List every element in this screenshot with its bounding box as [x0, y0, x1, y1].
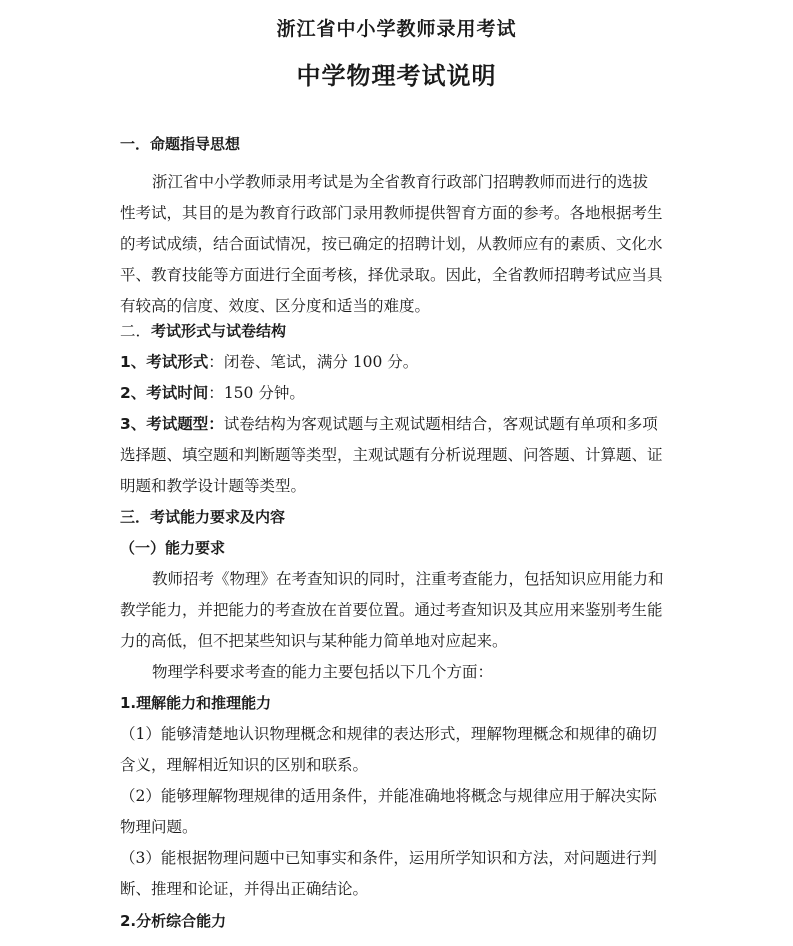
document-page: 浙江省中小学教师录用考试 中学物理考试说明 一．命题指导思想 浙江省中小学教师录…: [0, 0, 793, 946]
paragraph-line: 物理问题。: [120, 817, 680, 837]
document-subtitle: 中学物理考试说明: [0, 56, 793, 91]
item-text: 试卷结构为客观试题与主观试题相结合，客观试题有单项和多项: [224, 415, 658, 433]
section-heading-1: 一．命题指导思想: [120, 134, 680, 154]
paragraph-line: 浙江省中小学教师录用考试是为全省教育行政部门招聘教师而进行的选拔: [120, 172, 712, 192]
section-heading-2: 二．考试形式与试卷结构: [120, 321, 680, 341]
item-label: 1、考试形式: [120, 353, 208, 371]
item-text: 150 分钟。: [224, 384, 305, 402]
paragraph-line: 力的高低，但不把某些知识与某种能力简单地对应起来。: [120, 631, 680, 651]
exam-time-item: 2、考试时间：150 分钟。: [120, 383, 680, 403]
paragraph-line: （3）能根据物理问题中已知事实和条件，运用所学知识和方法，对问题进行判: [120, 848, 680, 868]
paragraph-line: （1）能够清楚地认识物理概念和规律的表达形式，理解物理概念和规律的确切: [120, 724, 680, 744]
paragraph-line: 教学能力，并把能力的考查放在首要位置。通过考查知识及其应用来鉴别考生能: [120, 600, 680, 620]
paragraph-line: 的考试成绩，结合面试情况，按已确定的招聘计划，从教师应有的素质、文化水: [120, 234, 680, 254]
item-label: 3、考试题型：: [120, 415, 224, 433]
paragraph-line: 断、推理和论证，并得出正确结论。: [120, 879, 680, 899]
paragraph-line: 平、教育技能等方面进行全面考核，择优录取。因此，全省教师招聘考试应当具: [120, 265, 680, 285]
paragraph-line: 物理学科要求考查的能力主要包括以下几个方面：: [120, 662, 712, 682]
document-title: 浙江省中小学教师录用考试: [0, 14, 793, 41]
exam-format-item: 1、考试形式：闭卷、笔试，满分 100 分。: [120, 352, 680, 372]
section-heading-3: 三．考试能力要求及内容: [120, 507, 680, 527]
paragraph-line: （2）能够理解物理规律的适用条件，并能准确地将概念与规律应用于解决实际: [120, 786, 680, 806]
heading-prefix: 二．: [120, 322, 151, 340]
ability-heading-1: 1.理解能力和推理能力: [120, 693, 680, 713]
subsection-heading: （一）能力要求: [120, 538, 680, 558]
heading-text: 考试形式与试卷结构: [151, 322, 286, 340]
paragraph-line: 教师招考《物理》在考查知识的同时，注重考查能力，包括知识应用能力和: [120, 569, 712, 589]
paragraph-line: 选择题、填空题和判断题等类型，主观试题有分析说理题、问答题、计算题、证: [120, 445, 680, 465]
paragraph-line: 性考试，其目的是为教育行政部门录用教师提供智育方面的参考。各地根据考生: [120, 203, 680, 223]
item-label: 2、考试时间: [120, 384, 208, 402]
paragraph-line: 明题和教学设计题等类型。: [120, 476, 680, 496]
ability-heading-2: 2.分析综合能力: [120, 911, 680, 931]
paragraph-line: 含义，理解相近知识的区别和联系。: [120, 755, 680, 775]
item-text: 闭卷、笔试，满分 100 分。: [224, 353, 418, 371]
exam-type-item: 3、考试题型：试卷结构为客观试题与主观试题相结合，客观试题有单项和多项: [120, 414, 680, 434]
paragraph-line: 有较高的信度、效度、区分度和适当的难度。: [120, 296, 680, 316]
